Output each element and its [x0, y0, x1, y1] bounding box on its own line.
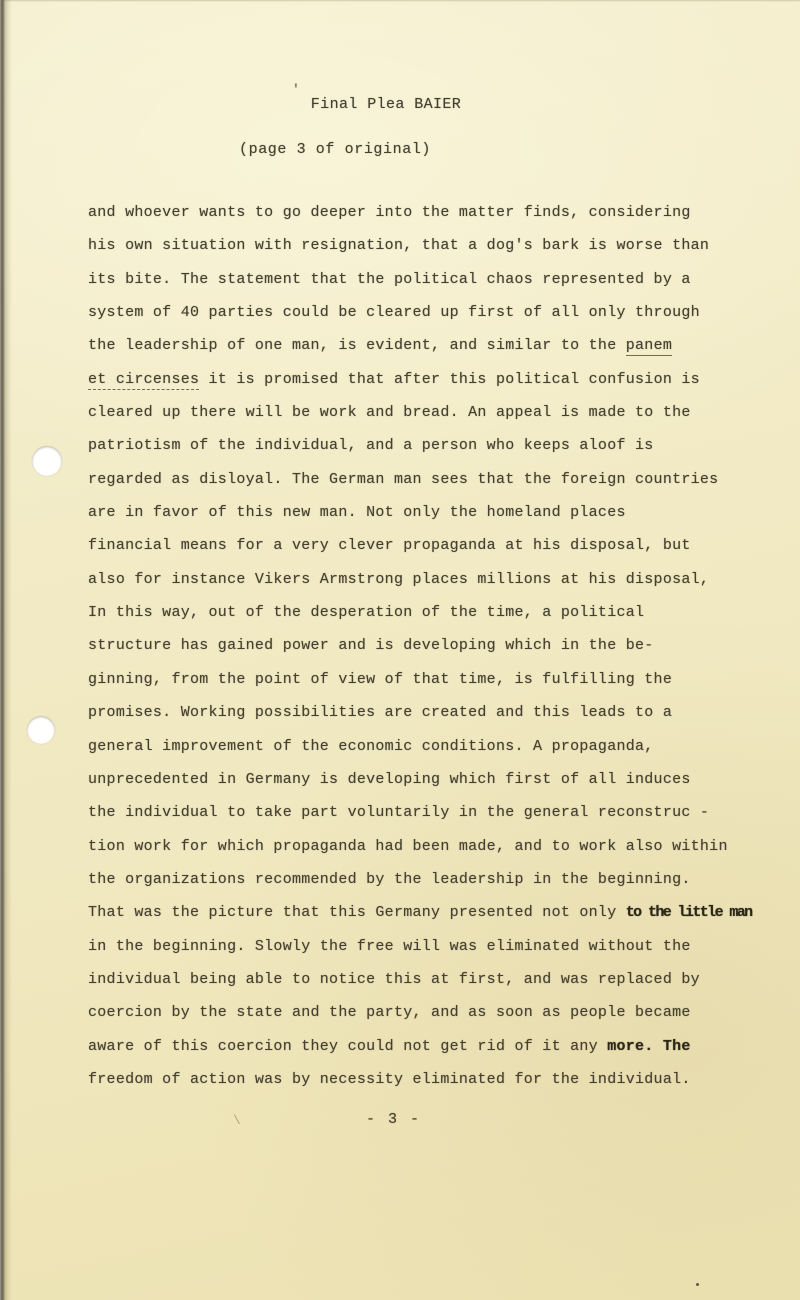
- scan-top-edge: [0, 0, 800, 2]
- scanned-document-page: ' Final Plea BAIER (page 3 of original) …: [0, 0, 800, 1300]
- document-title: Final Plea BAIER: [0, 96, 772, 113]
- text-line: That was the picture that this Germany p…: [88, 896, 768, 929]
- underlined-term: panem: [626, 337, 672, 356]
- underlined-term: et circenses: [88, 371, 199, 390]
- text-line: individual being able to notice this at …: [88, 963, 768, 996]
- text-line: in the beginning. Slowly the free will w…: [88, 930, 768, 963]
- text-line: structure has gained power and is develo…: [88, 629, 768, 662]
- text-line: promises. Working possibilities are crea…: [88, 696, 768, 729]
- paper-speck: [696, 1283, 699, 1286]
- text-line: unprecedented in Germany is developing w…: [88, 763, 768, 796]
- document-subtitle: (page 3 of original): [239, 141, 431, 158]
- text-line: are in favor of this new man. Not only t…: [88, 496, 768, 529]
- document-body: and whoever wants to go deeper into the …: [88, 196, 768, 1096]
- overstruck-text: to the little man: [626, 904, 752, 921]
- text-line: the individual to take part voluntarily …: [88, 796, 768, 829]
- text-line: the leadership of one man, is evident, a…: [88, 329, 768, 362]
- stray-mark: ': [292, 82, 300, 97]
- text-line: his own situation with resignation, that…: [88, 229, 768, 262]
- page-number: - 3 -: [366, 1111, 421, 1128]
- text-line: coercion by the state and the party, and…: [88, 996, 768, 1029]
- text-line: its bite. The statement that the politic…: [88, 263, 768, 296]
- text-line: and whoever wants to go deeper into the …: [88, 196, 768, 229]
- text-line: ginning, from the point of view of that …: [88, 663, 768, 696]
- scan-left-edge: [0, 0, 12, 1300]
- text-line: patriotism of the individual, and a pers…: [88, 429, 768, 462]
- text-line: also for instance Vikers Armstrong place…: [88, 563, 768, 596]
- text-line: financial means for a very clever propag…: [88, 529, 768, 562]
- punch-hole-top: [32, 446, 62, 476]
- text-line: et circenses it is promised that after t…: [88, 363, 768, 396]
- text-line: freedom of action was by necessity elimi…: [88, 1063, 768, 1096]
- stray-mark: \: [233, 1113, 241, 1128]
- text-line: cleared up there will be work and bread.…: [88, 396, 768, 429]
- text-line: tion work for which propaganda had been …: [88, 830, 768, 863]
- text-line: regarded as disloyal. The German man see…: [88, 463, 768, 496]
- overstruck-text: more.: [607, 1038, 653, 1055]
- text-line: aware of this coercion they could not ge…: [88, 1030, 768, 1063]
- punch-hole-bottom: [27, 716, 55, 744]
- text-line: system of 40 parties could be cleared up…: [88, 296, 768, 329]
- text-line: In this way, out of the desperation of t…: [88, 596, 768, 629]
- text-line: general improvement of the economic cond…: [88, 730, 768, 763]
- text-line: the organizations recommended by the lea…: [88, 863, 768, 896]
